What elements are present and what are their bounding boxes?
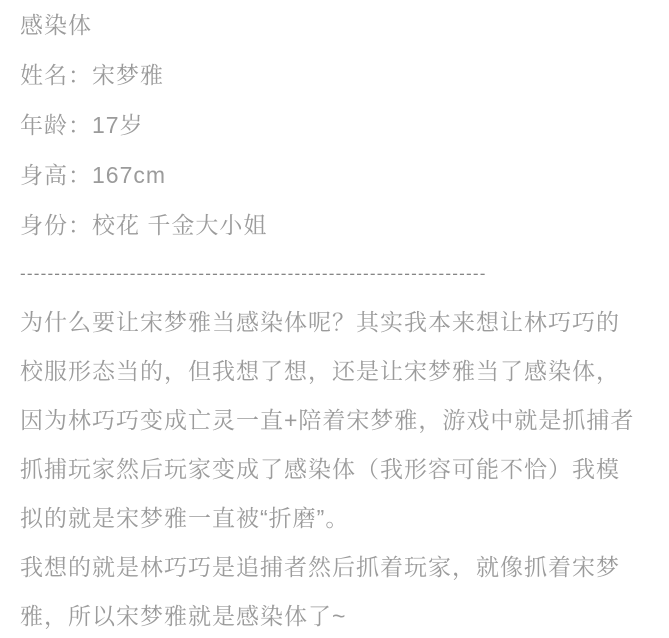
document-title: 感染体 <box>20 0 651 50</box>
profile-identity-line: 身份：校花 千金大小姐 <box>20 200 651 250</box>
document-page: 感染体 姓名：宋梦雅 年龄：17岁 身高：167cm 身份：校花 千金大小姐 -… <box>0 0 669 638</box>
body-line: 因为林巧巧变成亡灵一直+陪着宋梦雅，游戏中就是抓捕者 <box>20 396 651 445</box>
body-text: 为什么要让宋梦雅当感染体呢？其实我本来想让林巧巧的 校服形态当的，但我想了想，还… <box>20 298 651 638</box>
body-line: 为什么要让宋梦雅当感染体呢？其实我本来想让林巧巧的 <box>20 298 651 347</box>
profile-age-line: 年龄：17岁 <box>20 100 651 150</box>
profile-name-line: 姓名：宋梦雅 <box>20 50 651 100</box>
body-line: 我想的就是林巧巧是追捕者然后抓着玩家，就像抓着宋梦 <box>20 543 651 592</box>
dashed-separator: ----------------------------------------… <box>20 250 651 298</box>
body-line: 校服形态当的，但我想了想，还是让宋梦雅当了感染体， <box>20 347 651 396</box>
profile-height-line: 身高：167cm <box>20 150 651 200</box>
body-line: 抓捕玩家然后玩家变成了感染体（我形容可能不恰）我模 <box>20 445 651 494</box>
body-line: 雅，所以宋梦雅就是感染体了~ <box>20 592 651 638</box>
body-line: 拟的就是宋梦雅一直被“折磨”。 <box>20 494 651 543</box>
